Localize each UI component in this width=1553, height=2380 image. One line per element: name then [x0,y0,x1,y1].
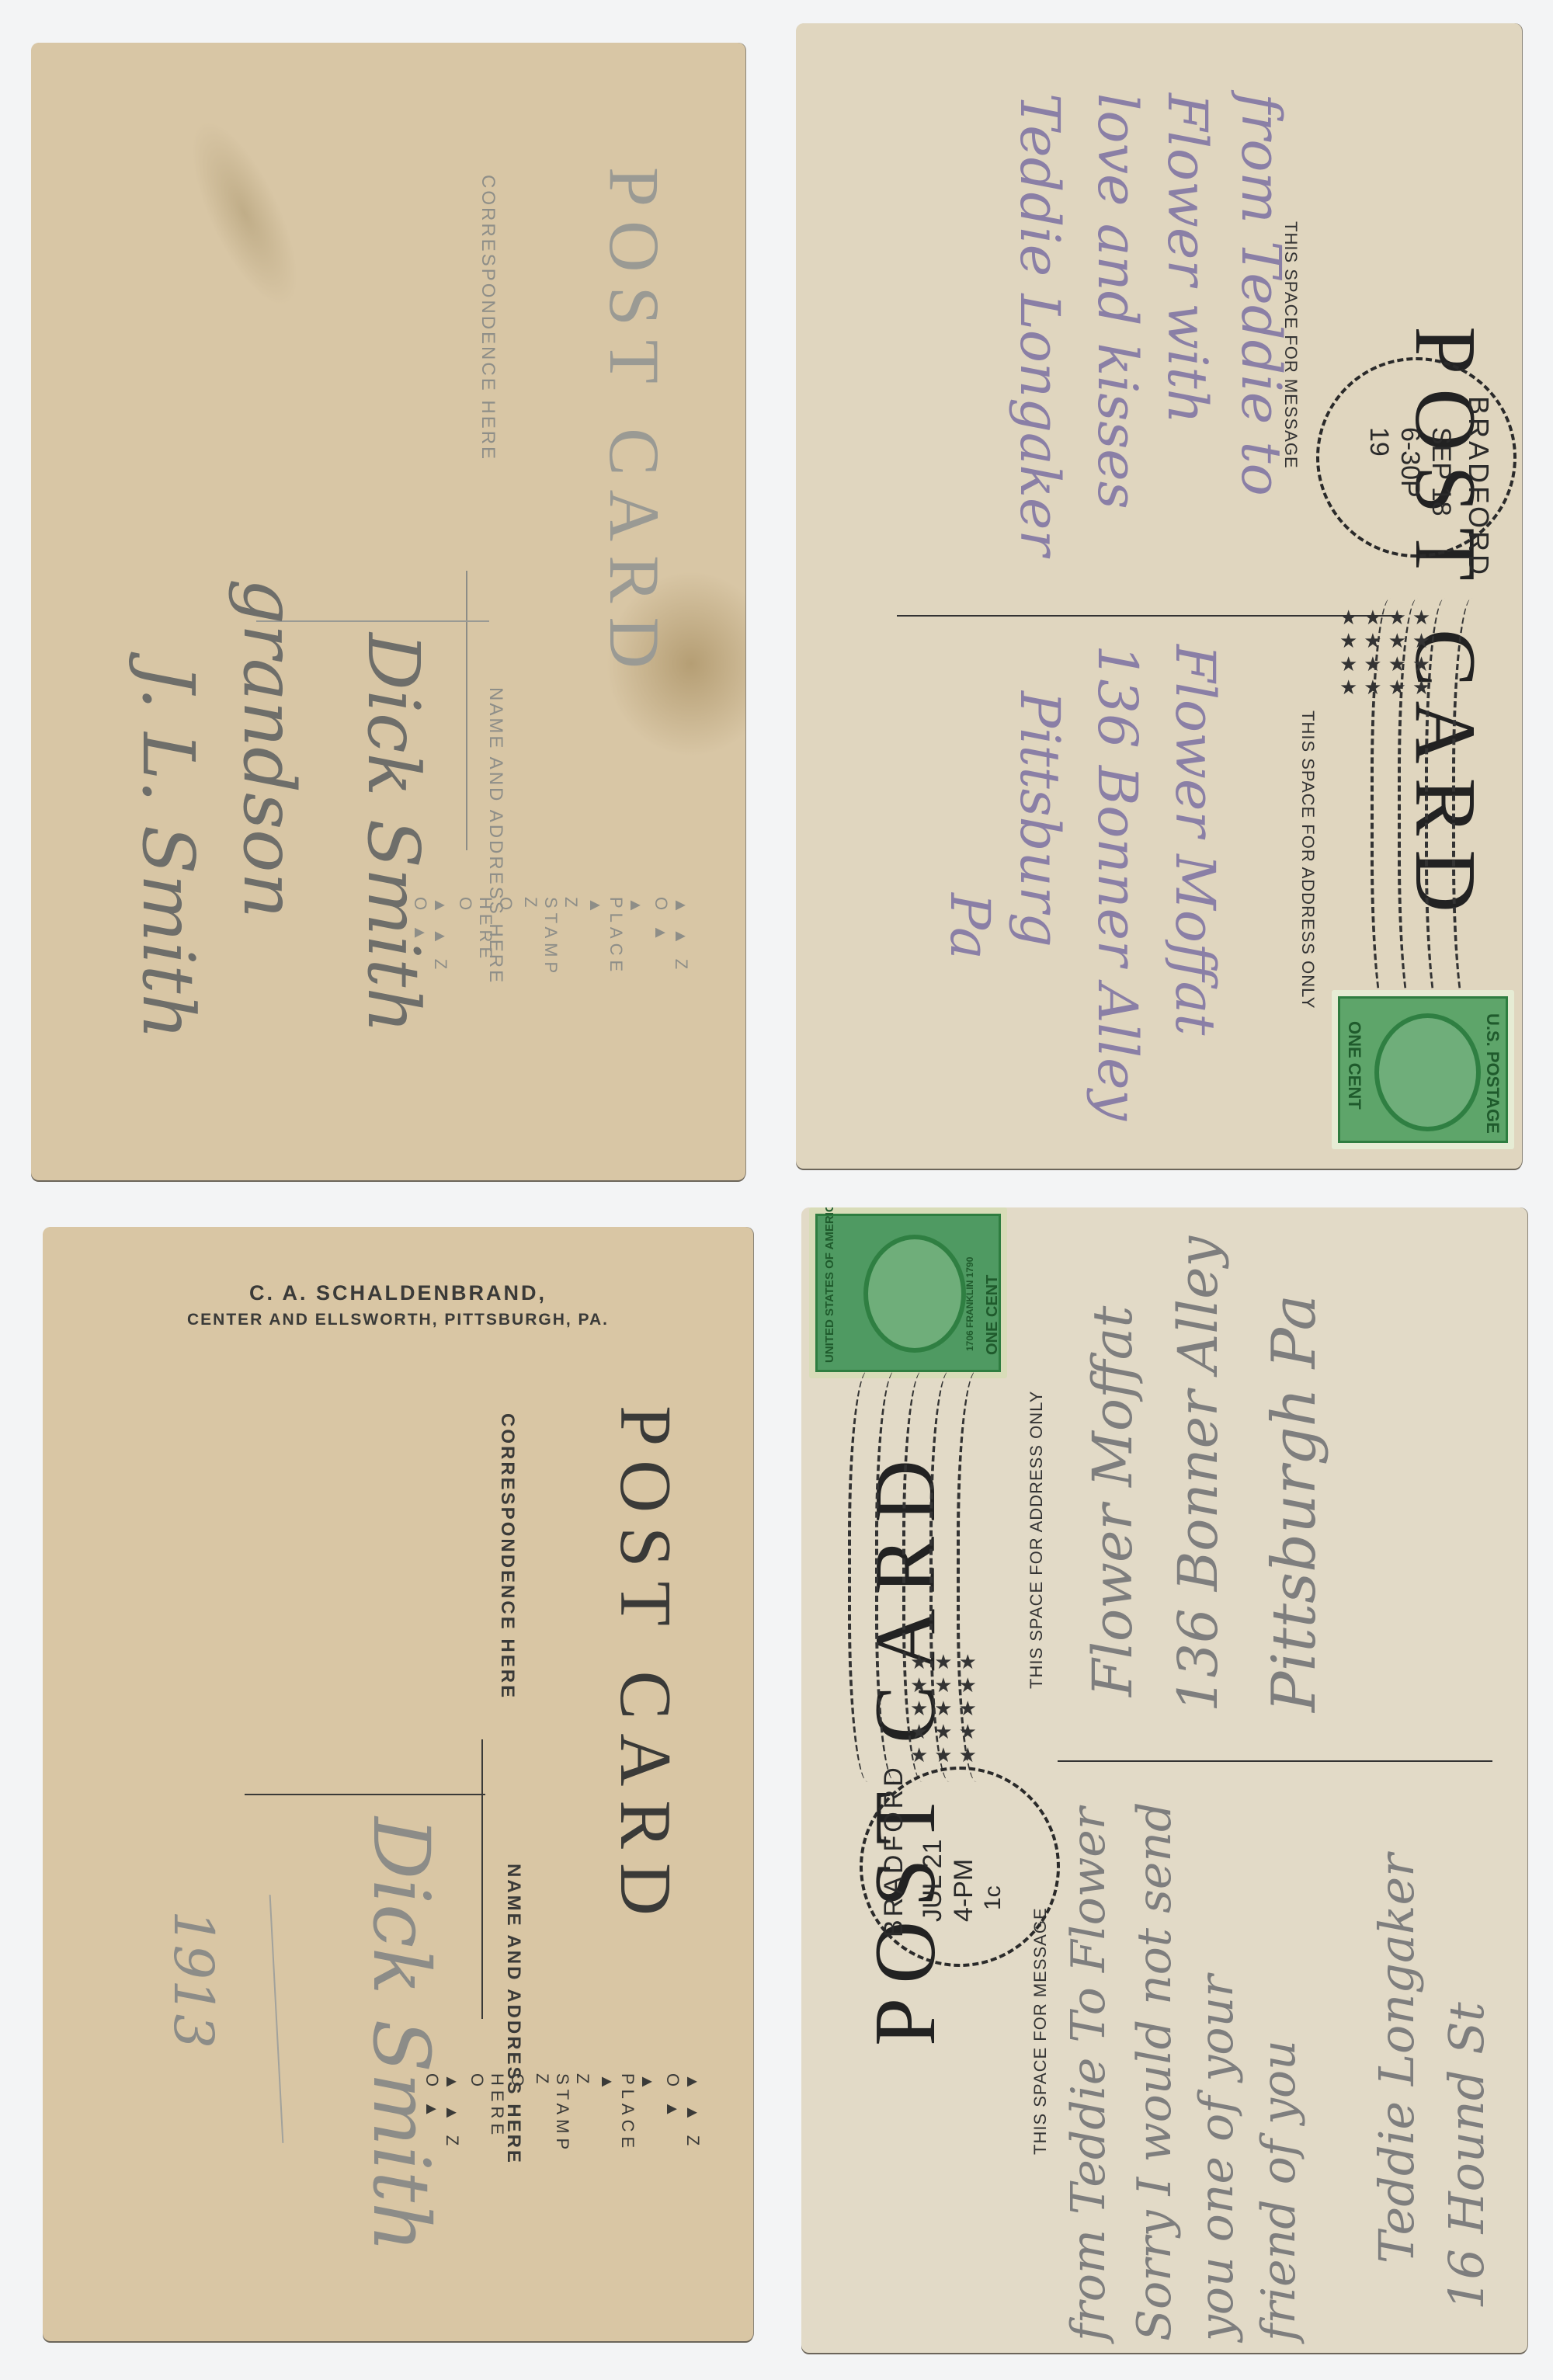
stamp-box-line: Z STAMP Z [520,897,581,978]
stamp-box-line: ▲ PLACE ▲ [585,897,646,978]
divider-tick [245,1794,485,1795]
stamp-text-bottom: ONE CENT [1344,1021,1364,1110]
stamp-box-line: O HERE O [467,2073,527,2154]
address-space-label: THIS SPACE FOR ADDRESS ONLY [1027,1391,1047,1689]
stamp-box-line: ▲ ▲ Z O ▲ [651,897,691,978]
postmark-year: 19 [1364,427,1394,457]
stamp-box-line: O HERE O [455,897,516,978]
handwriting-relation: grandson [228,578,311,919]
stamp-box-line: Z STAMP Z [532,2073,592,2154]
address-space-label: THIS SPACE FOR ADDRESS ONLY [1298,711,1318,1009]
smudge [170,107,318,320]
message-line: friend of you [1252,2040,1306,2341]
correspondence-label: CORRESPONDENCE HERE [496,1413,518,1700]
address-line: Flower Moffat [1081,1306,1145,1697]
handwriting-year: 1913 [162,1910,225,2048]
postcard-top-left: POST CARD CORRESPONDENCE HERE NAME AND A… [31,43,745,1180]
postmark-year: 1c [980,1885,1006,1910]
address-line: Flower Moffat [1163,645,1227,1035]
postage-stamp: U.S. POSTAGE ONE CENT [1332,990,1514,1149]
post-card-title: POST CARD [603,1405,687,1930]
message-line: 16 Hound St [1438,2002,1495,2310]
message-line: Teddie Longaker [1008,93,1072,556]
handwriting-name: Dick Smith [356,1817,446,2252]
address-line: Pittsburgh Pa [1259,1294,1329,1712]
pencil-underline [269,1895,284,2143]
message-line: Flower with [1155,93,1219,424]
message-line: from Teddie To Flower [1061,1808,1116,2341]
stamp-text-left: UNITED STATES OF AMERICA [823,1207,836,1363]
address-line: Pa [938,893,1002,960]
stamp-box-line: ▲ PLACE ▲ [597,2073,658,2154]
divider-line [466,571,467,850]
postmark-town: BRADFORD [879,1764,909,1937]
postmark-time: 6-30P [1395,427,1425,498]
message-line: Sorry I would not send [1127,1802,1182,2341]
post-card-title: POST CARD [593,167,676,683]
message-line: from Teddie to [1229,93,1293,496]
flag-cancel-stars: ★★★★★★★★★★★★★★★★ [1339,606,1437,699]
address-line: Pittsburg [1008,691,1072,947]
stamp-box-line: ▲ ▲ Z O ▲ [662,2073,703,2154]
handwriting-signature: J. L. Smith [127,664,210,1040]
postcard-top-right: POST CARD THIS SPACE FOR MESSAGE THIS SP… [796,23,1522,1169]
address-line: 136 Bonner Alley [1086,645,1149,1121]
postcard-bottom-left: C. A. SCHALDENBRAND, CENTER AND ELLSWORT… [43,1227,753,2341]
stamp-portrait [863,1235,966,1353]
postmark-time: 4-PM [949,1859,979,1922]
stamp-caption: 1706 FRANKLIN 1790 [964,1257,975,1351]
stamp-box: ▲ ▲ Z O ▲ ▲ PLACE ▲ Z STAMP Z O HERE O ▲… [422,2073,703,2154]
handwriting-name: Dick Smith [352,633,435,1034]
message-line: Teddie Longaker [1368,1854,1425,2264]
message-space-label: THIS SPACE FOR MESSAGE [1030,1907,1051,2155]
publisher-name: C. A. SCHALDENBRAND, [43,1281,753,1305]
divider-line [481,1739,483,2019]
divider-line [897,615,1402,617]
stamp-portrait [1374,1013,1481,1131]
postmark-town: BRADFORD [1462,396,1495,578]
correspondence-label: CORRESPONDENCE HERE [477,175,499,461]
message-line: you one of your [1190,1975,1244,2341]
flag-cancel-stars: ★★★★★★★★★★★★★★★ [910,1650,983,1767]
stamp-text-top: U.S. POSTAGE [1482,1013,1503,1134]
postcard-bottom-right: POST CARD THIS SPACE FOR MESSAGE THIS SP… [801,1207,1527,2353]
divider-line [1058,1760,1492,1762]
stamp-box: ▲ ▲ Z O ▲ ▲ PLACE ▲ Z STAMP Z O HERE O ▲… [410,897,691,978]
stamp-text-right: ONE CENT [984,1275,1002,1355]
postmark-date: JUL 21 [918,1840,948,1922]
cancel-line [1452,598,1502,1033]
publisher-address: CENTER AND ELLSWORTH, PITTSBURGH, PA. [43,1311,753,1329]
message-line: love and kisses [1086,93,1149,509]
postmark-date: SEP 18 [1426,427,1456,516]
address-line: 136 Bonner Alley [1166,1236,1230,1712]
postage-stamp: UNITED STATES OF AMERICA ONE CENT 1706 F… [809,1207,1007,1378]
